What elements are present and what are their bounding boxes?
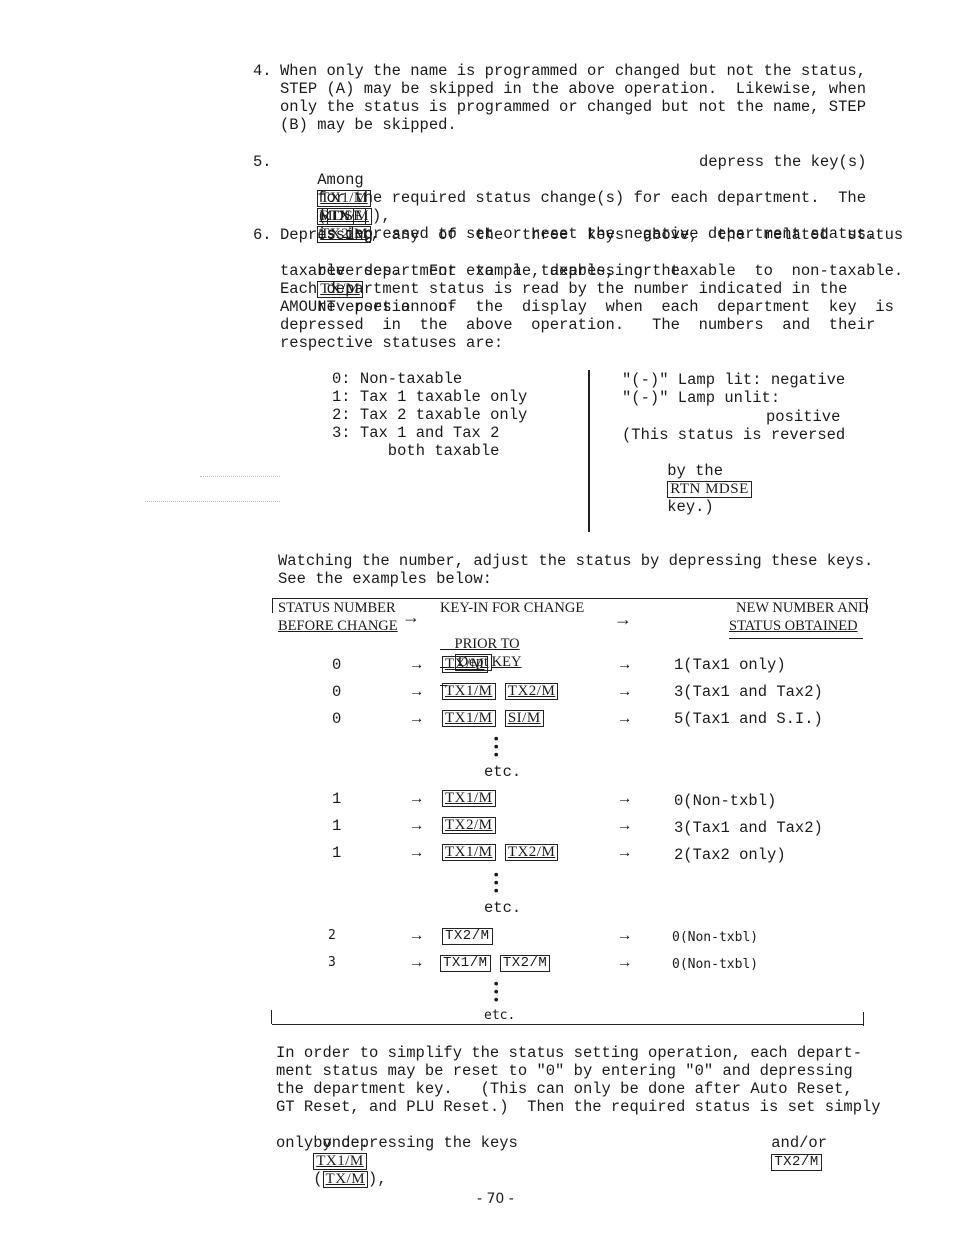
arrow-icon: →	[412, 656, 421, 674]
status-code: 2: Tax 2 taxable only	[332, 406, 527, 424]
arrow-icon: →	[412, 790, 421, 808]
arrow-icon: →	[620, 683, 629, 701]
arrow-icon: →	[620, 817, 629, 835]
header-key-in: PRIOR TO DeptKEY	[440, 617, 521, 689]
ellipsis-dots: •••	[492, 981, 500, 1005]
text: and/or	[771, 1134, 827, 1152]
key: TX1/M	[442, 710, 496, 727]
arrow-icon: →	[412, 927, 421, 945]
header-status-obtained: NEW NUMBER AND	[736, 599, 869, 617]
before-value: 3	[328, 954, 336, 972]
before-value: 1	[332, 817, 341, 835]
lamp-note: by the RTN MDSE key.)	[630, 444, 752, 534]
key-rtn-mdse: RTN MDSE	[667, 481, 752, 498]
after-value: 0(Non-txbl)	[672, 956, 758, 974]
item-number: 6.	[253, 226, 272, 244]
arrow-icon: →	[620, 656, 629, 674]
key: TX1/M	[442, 844, 496, 861]
key: TX1/M	[442, 683, 496, 700]
lamp-note: "(-)" Lamp lit: negative	[622, 371, 845, 389]
arrow-icon: →	[620, 954, 629, 972]
etc-label: etc.	[484, 1007, 515, 1025]
before-value: 0	[332, 656, 341, 674]
table-bottom-rule	[272, 1024, 863, 1025]
text: depress the key(s)	[699, 153, 866, 171]
instruction-line: Watching the number, adjust the status b…	[278, 552, 873, 570]
paragraph-line: AMOUNT portion of the display when each …	[280, 298, 894, 316]
etc-label: etc.	[484, 763, 521, 781]
key: TX2/M	[442, 817, 496, 834]
paragraph-line: taxable department to a taxable, or taxa…	[280, 262, 903, 280]
page-number: - 70 -	[477, 1191, 514, 1207]
key: TX2/M	[505, 844, 559, 861]
arrow-icon: →	[412, 954, 421, 972]
paragraph-line: GT Reset, and PLU Reset.) Then the requi…	[276, 1098, 881, 1116]
paragraph-line: only the status is programmed or changed…	[280, 98, 866, 116]
paragraph-line: Each department status is read by the nu…	[280, 280, 847, 298]
text: PRIOR TO	[455, 636, 520, 652]
paragraph-line: ment status may be reset to "0" by enter…	[276, 1062, 853, 1080]
paragraph-line: When only the name is programmed or chan…	[280, 62, 866, 80]
lamp-note: (This status is reversed	[622, 426, 845, 444]
item-number: 5.	[253, 153, 272, 171]
after-value: 0(Non-txbl)	[674, 792, 776, 810]
arrow-icon: →	[412, 844, 421, 862]
key: TX1/M	[440, 955, 491, 972]
scan-artifact	[200, 476, 280, 477]
before-value: 2	[328, 927, 336, 945]
arrow-icon: →	[614, 610, 632, 628]
paragraph-line: the department key. (This can only be do…	[276, 1080, 853, 1098]
paragraph-line: only once.	[276, 1134, 369, 1152]
arrow-icon: →	[412, 710, 421, 728]
after-value: 2(Tax2 only)	[674, 846, 786, 864]
header-rule	[729, 638, 863, 639]
arrow-icon: →	[620, 927, 629, 945]
scan-artifact	[145, 501, 280, 502]
before-value: 0	[332, 710, 341, 728]
key-tx-m: TX/M	[323, 1171, 369, 1188]
ellipsis-dots: •••	[492, 736, 500, 760]
item-number: 4.	[253, 62, 272, 80]
lamp-note: positive	[766, 408, 840, 426]
paragraph-line: depressed in the above operation. The nu…	[280, 316, 875, 334]
before-value: 1	[332, 844, 341, 862]
lamp-note: "(-)" Lamp unlit:	[622, 389, 780, 407]
arrow-icon: →	[620, 844, 629, 862]
after-value: 3(Tax1 and Tax2)	[674, 819, 823, 837]
text: by the	[667, 462, 723, 480]
arrow-icon: →	[620, 790, 629, 808]
text: ),	[368, 1170, 387, 1188]
key: SI/M	[505, 710, 544, 727]
table-right-tick	[863, 1012, 864, 1026]
before-value: 1	[332, 790, 341, 808]
paragraph-line: and/or TX2/M	[734, 1116, 827, 1189]
table-left-tick	[271, 1010, 272, 1024]
arrow-icon: →	[412, 817, 421, 835]
arrow-icon: →	[402, 608, 420, 626]
header-status-before: STATUS NUMBER	[278, 599, 396, 617]
status-code: 1: Tax 1 taxable only	[332, 388, 527, 406]
after-value: 1(Tax1 only)	[674, 656, 786, 674]
arrow-icon: →	[412, 683, 421, 701]
key-mdse: MDSE	[317, 209, 366, 225]
key: TX2/M	[500, 955, 551, 972]
status-code: 0: Non-taxable	[332, 370, 462, 388]
after-value: 5(Tax1 and S.I.)	[674, 710, 823, 728]
key: TX2/M	[442, 928, 493, 945]
arrow-icon: →	[620, 710, 629, 728]
key-tx1-m: TX1/M	[313, 1153, 367, 1170]
instruction-line: See the examples below:	[278, 570, 492, 588]
text: KEY	[492, 654, 522, 670]
etc-label: etc.	[484, 899, 521, 917]
after-value: 3(Tax1 and Tax2)	[674, 683, 823, 701]
ellipsis-dots: •••	[492, 872, 500, 896]
text: (	[313, 1170, 322, 1188]
key-tx2-m: TX2/M	[771, 1154, 822, 1171]
paragraph-line: STEP (A) may be skipped in the above ope…	[280, 80, 866, 98]
paragraph-line: (B) may be skipped.	[280, 116, 457, 134]
key: TX2/M	[505, 683, 559, 700]
header-status-before: BEFORE CHANGE	[278, 617, 398, 635]
key: TX1/M	[442, 790, 496, 807]
status-code: both taxable	[332, 442, 499, 460]
header-key-in: KEY-IN FOR CHANGE	[440, 599, 584, 617]
status-code: 3: Tax 1 and Tax 2	[332, 424, 499, 442]
paragraph-line: respective statuses are:	[280, 334, 503, 352]
column-divider	[588, 370, 590, 532]
table-left-tick	[272, 599, 273, 613]
after-value: 0(Non-txbl)	[672, 929, 758, 947]
text: key.)	[667, 498, 714, 516]
paragraph-line: Depressing any of the three keys above, …	[280, 226, 903, 244]
key: TX/M	[442, 656, 488, 673]
header-status-obtained: STATUS OBTAINED	[729, 617, 858, 635]
paragraph-line: In order to simplify the status setting …	[276, 1044, 862, 1062]
before-value: 0	[332, 683, 341, 701]
